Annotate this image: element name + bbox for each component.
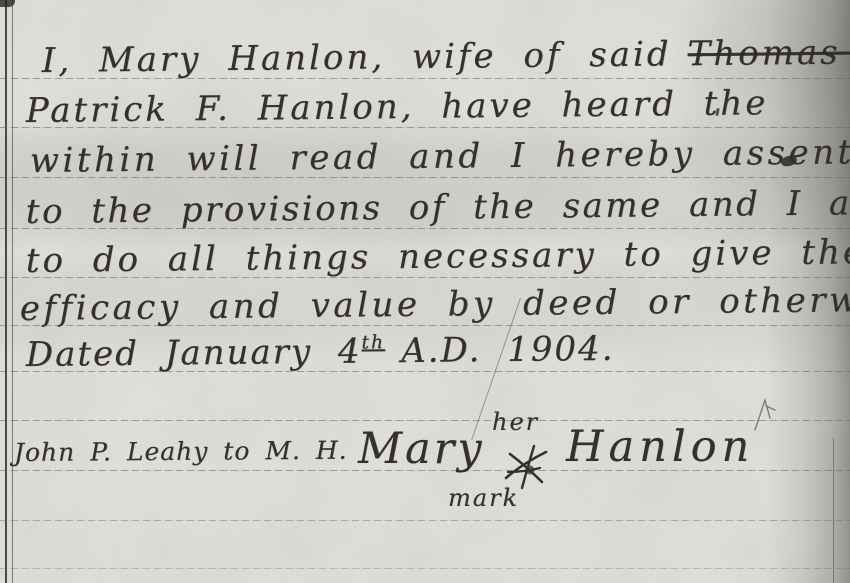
ruled-line <box>0 520 850 521</box>
her-mark-label-bottom: mark <box>448 486 519 510</box>
line-1-text: I, Mary Hanlon, wife of said <box>42 34 672 81</box>
left-margin-double-rule <box>5 0 13 583</box>
date-ordinal-superscript: th <box>361 332 385 353</box>
ruled-line <box>0 568 850 569</box>
ruled-line <box>0 420 850 421</box>
scanned-document-page: I, Mary Hanlon, wife of saidThomas H. Pa… <box>0 0 850 583</box>
date-text: Dated January 4 <box>26 331 362 375</box>
her-mark-label-top: her <box>492 410 539 434</box>
right-column-rule <box>833 438 834 583</box>
handwriting-line-3: within will read and I hereby assent <box>30 135 850 178</box>
signature-last-name: Hanlon <box>566 426 754 469</box>
clerk-annotation: John P. Leahy to M. H. <box>14 438 348 465</box>
handwriting-line-6: efficacy and value by deed or otherwise. <box>20 282 850 326</box>
handwriting-line-5: to do all things necessary to give them <box>26 235 850 278</box>
handwriting-line-2: Patrick F. Hanlon, have heard the <box>26 86 769 128</box>
date-year-text: A.D. 1904. <box>401 329 615 371</box>
struck-out-name: Thomas H. <box>687 32 850 74</box>
handwriting-line-4: to the provisions of the same and I agre… <box>26 185 850 229</box>
handwriting-line-1: I, Mary Hanlon, wife of saidThomas H. <box>42 35 850 78</box>
handwriting-line-7-date: Dated January 4thA.D. 1904. <box>26 332 615 372</box>
stray-scratch-mark-icon <box>752 396 778 436</box>
signature-first-name: Mary <box>358 428 485 471</box>
